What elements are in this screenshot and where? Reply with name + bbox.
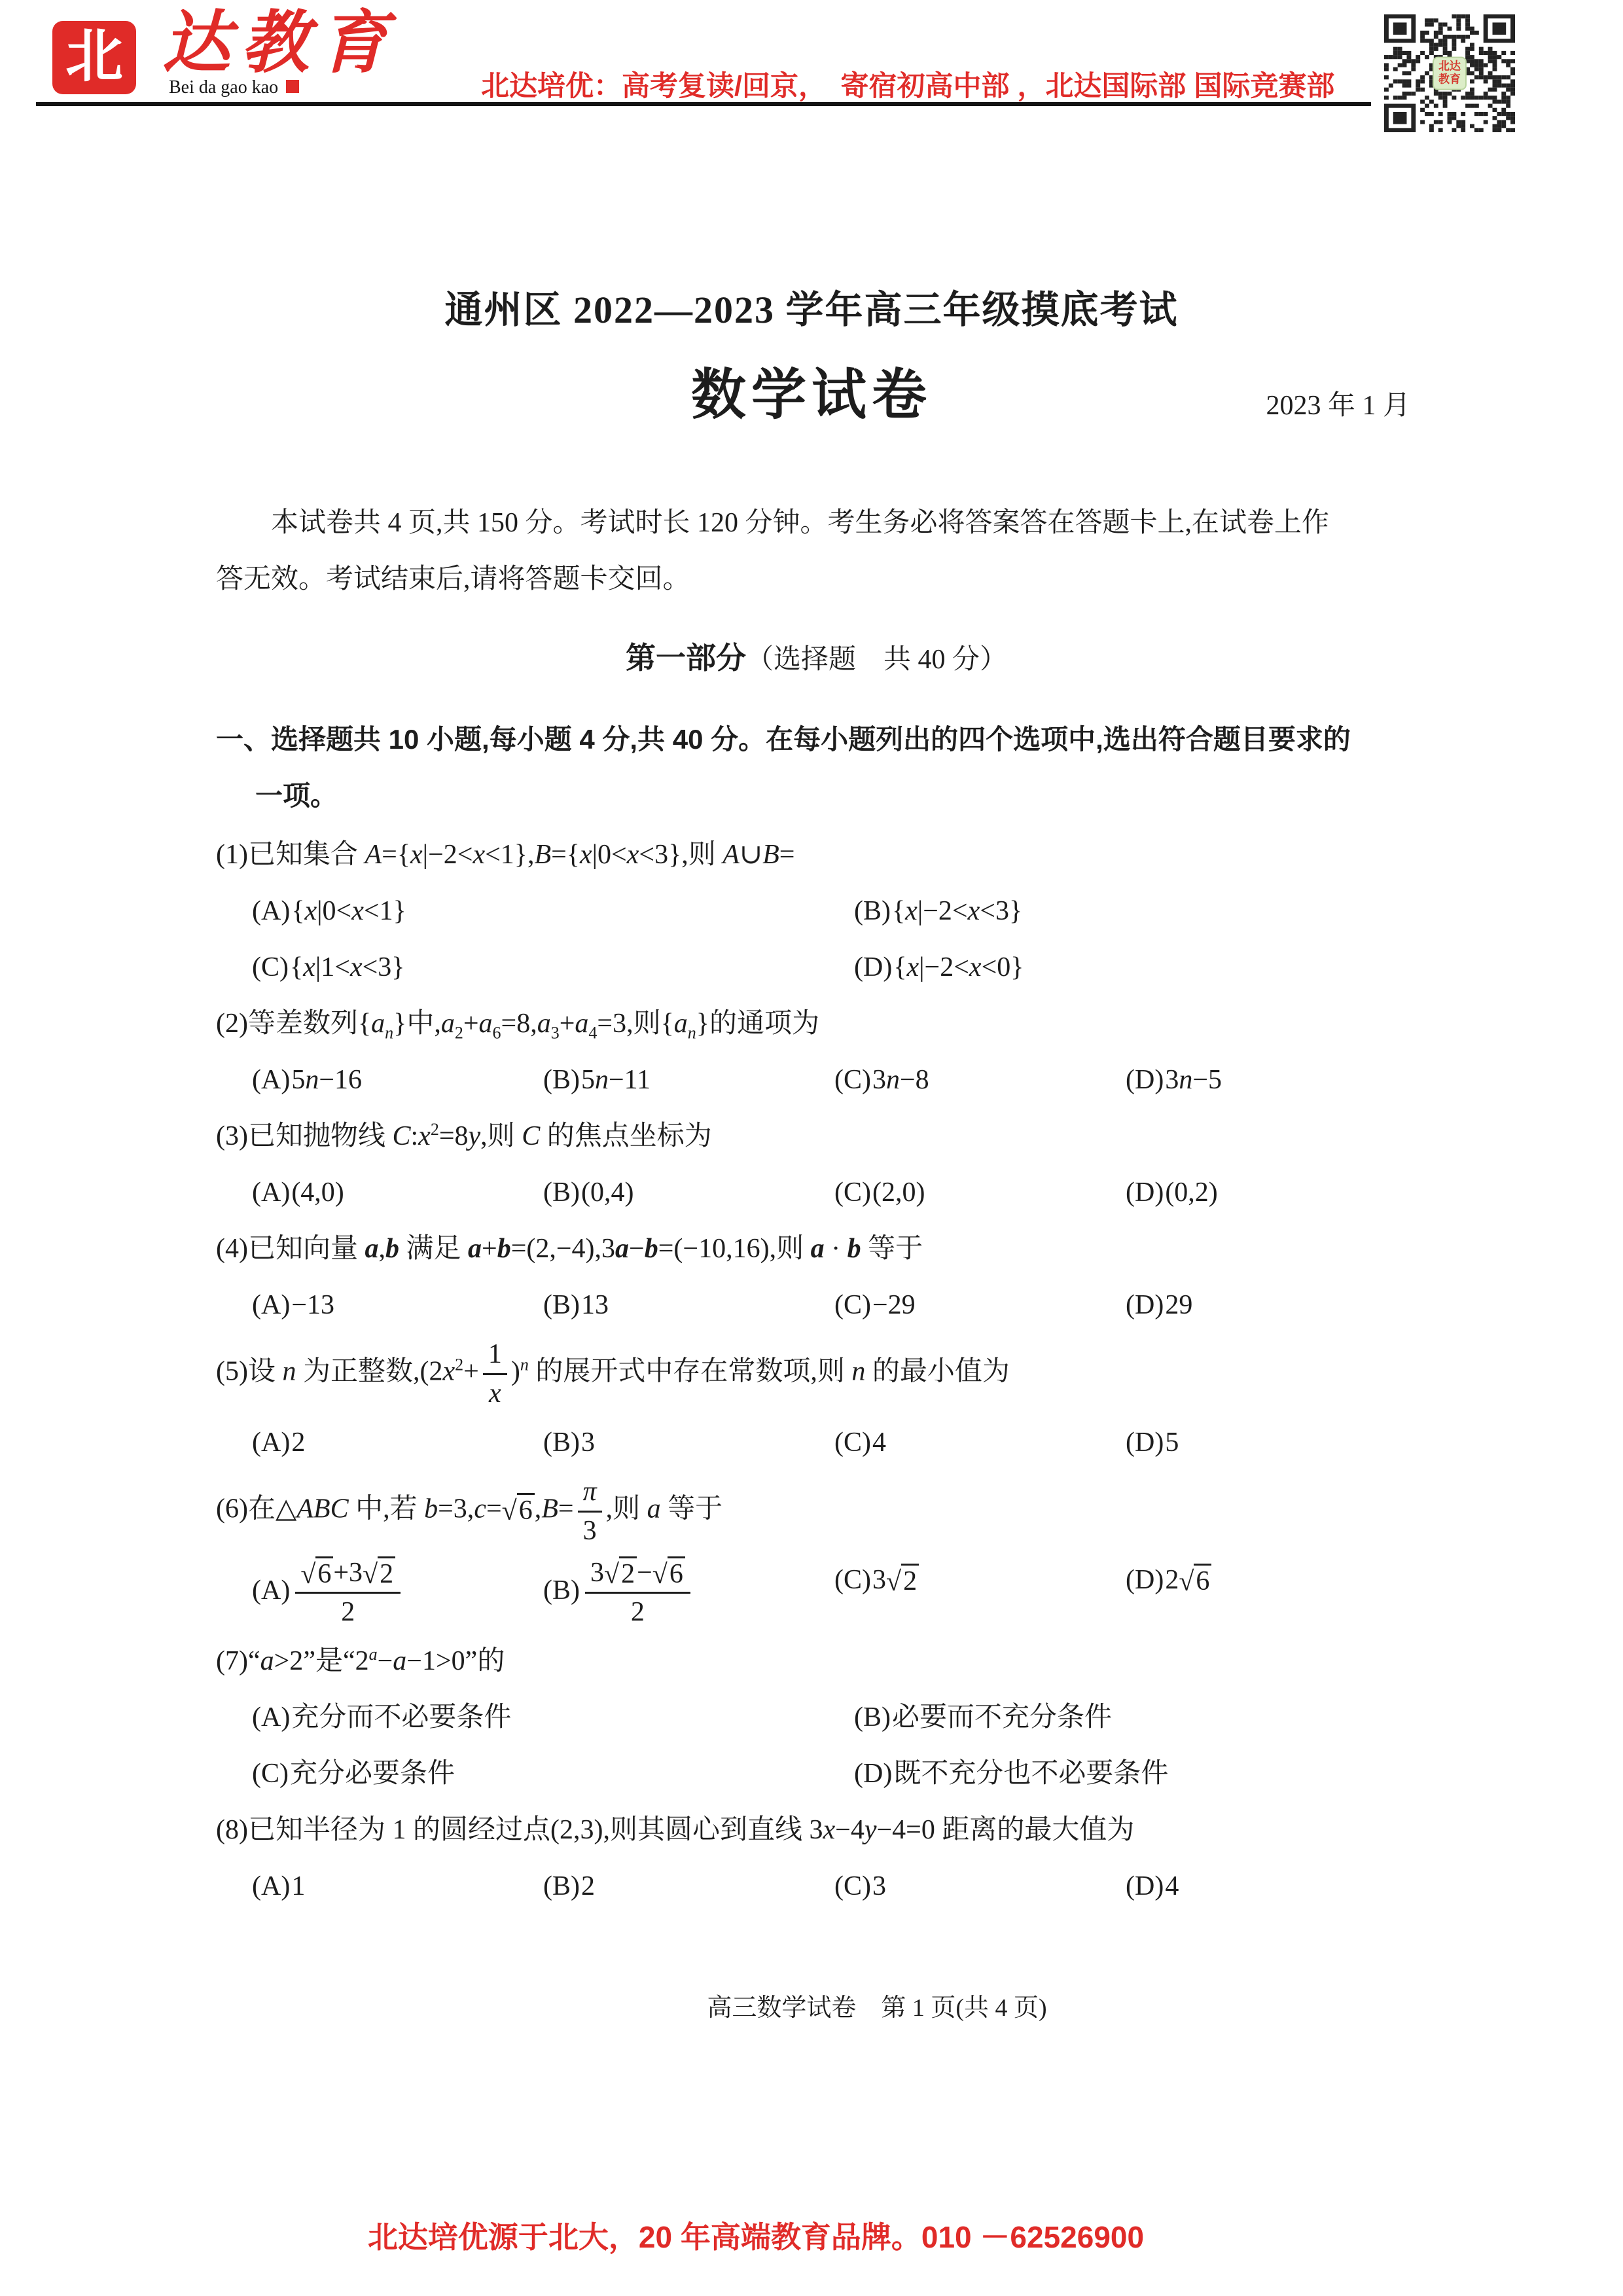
option-label: (A) bbox=[252, 1177, 290, 1208]
math-run: ={ bbox=[382, 840, 410, 870]
sqrt-expression: √6 bbox=[1179, 1564, 1211, 1597]
text-run: 充分而不必要条件 bbox=[291, 1702, 511, 1732]
math-run: (0,4) bbox=[581, 1177, 633, 1208]
vector-variable: b bbox=[847, 1234, 861, 1264]
math-variable: B bbox=[541, 1494, 558, 1524]
text-run: 等于 bbox=[861, 1234, 923, 1264]
math-run: , bbox=[535, 1494, 542, 1524]
math-run: 2 bbox=[581, 1871, 595, 1901]
choice-directions: 一、选择题共 10 小题,每小题 4 分,共 40 分。在每小题列出的四个选项中… bbox=[216, 711, 1417, 824]
math-run: 1 bbox=[488, 1339, 502, 1369]
math-variable: x bbox=[443, 1357, 455, 1387]
logo-romanization: Bei da gao kao bbox=[169, 77, 299, 98]
sqrt-expression: √6 bbox=[502, 1493, 535, 1526]
math-run: |0< bbox=[592, 840, 627, 870]
text-run: 的通项为 bbox=[709, 1009, 819, 1039]
math-run: 2 bbox=[341, 1597, 355, 1627]
question-stem: (2)等差数列{an}中,a2+a6=8,a3+a4=3,则{an}的通项为 bbox=[216, 996, 1417, 1052]
math-run: 3 bbox=[583, 1516, 597, 1546]
vector-variable: a bbox=[811, 1234, 825, 1264]
vector-variable: a bbox=[615, 1234, 629, 1264]
qr-label-line2: 教育 bbox=[1438, 73, 1461, 86]
math-run: 3 bbox=[872, 1065, 886, 1095]
subscript: n bbox=[385, 1023, 393, 1042]
text-run: 必要而不充分条件 bbox=[892, 1702, 1112, 1732]
question-options: (A)−13(B)13(C)−29(D)29 bbox=[216, 1277, 1417, 1333]
superscript: a bbox=[369, 1645, 378, 1664]
exam-instructions: 本试卷共 4 页,共 150 分。考试时长 120 分钟。考生务必将答案答在答题… bbox=[216, 495, 1417, 607]
math-run: −16 bbox=[319, 1065, 362, 1095]
exam-page: 北 达教育 Bei da gao kao 北达培优：高考复读/回京， 寄宿初高中… bbox=[0, 0, 1623, 2296]
math-variable: x bbox=[906, 952, 919, 982]
logo-seal-char: 北 bbox=[65, 29, 123, 86]
option-D: (D){x|−2<x<0} bbox=[854, 939, 1417, 996]
math-run: (2,0) bbox=[872, 1177, 925, 1208]
math-variable: n bbox=[282, 1357, 296, 1387]
math-variable: y bbox=[865, 1815, 877, 1845]
math-run: 5 bbox=[581, 1065, 595, 1095]
text-run: ,则其圆心到直线 bbox=[603, 1815, 809, 1845]
math-variable: x bbox=[410, 840, 423, 870]
math-variable: x bbox=[489, 1378, 501, 1408]
math-run: −29 bbox=[872, 1290, 916, 1320]
math-variable: n bbox=[595, 1065, 609, 1095]
radical-icon: √ bbox=[886, 1566, 901, 1598]
math-run: ∪ bbox=[740, 840, 762, 870]
option-C: (C)(2,0) bbox=[834, 1164, 1126, 1221]
sqrt-expression: √2 bbox=[886, 1564, 919, 1597]
math-run: −13 bbox=[291, 1290, 334, 1320]
fraction: π3 bbox=[578, 1475, 602, 1548]
text-run: 的展开式中存在常数项,则 bbox=[529, 1357, 852, 1387]
math-run: |1< bbox=[315, 952, 350, 982]
option-A: (A){x|0<x<1} bbox=[252, 883, 854, 939]
math-variable: y bbox=[469, 1121, 481, 1151]
math-run: 2 bbox=[380, 1559, 393, 1589]
radical-icon: √ bbox=[363, 1559, 378, 1590]
option-label: (D) bbox=[1126, 1427, 1164, 1458]
math-variable: π bbox=[583, 1477, 597, 1507]
math-run: + bbox=[463, 1357, 479, 1387]
logo-red-square-icon bbox=[286, 80, 299, 93]
section-heading: 第一部分（选择题 共 40 分） bbox=[216, 630, 1417, 688]
math-run: { bbox=[893, 952, 906, 982]
text-run: (5)设 bbox=[216, 1357, 282, 1387]
question-options: (A)(4,0)(B)(0,4)(C)(2,0)(D)(0,2) bbox=[216, 1164, 1417, 1221]
text-run: 的最小值为 bbox=[865, 1357, 1010, 1387]
option-label: (B) bbox=[854, 896, 891, 926]
option-label: (A) bbox=[252, 1065, 290, 1095]
question-options: (A)5n−16(B)5n−11(C)3n−8(D)3n−5 bbox=[216, 1052, 1417, 1108]
option-label: (D) bbox=[1126, 1065, 1164, 1095]
text-run: (4)已知向量 bbox=[216, 1234, 365, 1264]
math-run: (0,2) bbox=[1165, 1177, 1217, 1208]
text-run: 既不充分也不必要条件 bbox=[893, 1759, 1168, 1789]
option-B: (B)(0,4) bbox=[543, 1164, 834, 1221]
question-2: (2)等差数列{an}中,a2+a6=8,a3+a4=3,则{an}的通项为(A… bbox=[216, 996, 1417, 1108]
math-run: <1}, bbox=[485, 840, 534, 870]
math-run: +3 bbox=[333, 1558, 363, 1588]
option-B: (B)必要而不充分条件 bbox=[854, 1689, 1417, 1746]
question-1: (1)已知集合 A={x|−2<x<1},B={x|0<x<3},则 A∪B=(… bbox=[216, 827, 1417, 996]
option-B: (B)2 bbox=[543, 1858, 834, 1914]
math-variable: x bbox=[823, 1815, 835, 1845]
math-run: 3 bbox=[590, 1558, 604, 1588]
math-run: − bbox=[629, 1234, 645, 1264]
math-run: · bbox=[825, 1234, 847, 1264]
exam-date: 2023 年 1 月 bbox=[1266, 384, 1410, 423]
option-label: (A) bbox=[252, 896, 290, 926]
math-run: 3 bbox=[581, 1427, 595, 1458]
math-variable: x bbox=[303, 952, 315, 982]
question-options: (A){x|0<x<1}(B){x|−2<x<3}(C){x|1<x<3}(D)… bbox=[216, 883, 1417, 996]
option-label: (D) bbox=[1126, 1177, 1164, 1208]
logo-seal: 北 bbox=[52, 21, 136, 94]
option-C: (C)−29 bbox=[834, 1277, 1126, 1333]
math-run: 1 bbox=[291, 1871, 305, 1901]
option-D: (D)3n−5 bbox=[1126, 1052, 1417, 1108]
math-run: 2 bbox=[1165, 1565, 1179, 1595]
fraction: 3√2−√62 bbox=[585, 1556, 690, 1629]
math-run: <3} bbox=[363, 952, 405, 982]
math-run: 3 bbox=[872, 1871, 886, 1901]
vector-variable: b bbox=[385, 1234, 399, 1264]
math-variable: B bbox=[534, 840, 551, 870]
radical-icon: √ bbox=[604, 1559, 619, 1590]
subscript: 2 bbox=[455, 1023, 463, 1042]
math-variable: x bbox=[969, 952, 982, 982]
option-label: (A) bbox=[252, 1290, 290, 1320]
option-A: (A)2 bbox=[252, 1414, 543, 1471]
option-label: (C) bbox=[834, 1871, 871, 1901]
math-run: |−2< bbox=[919, 952, 969, 982]
math-run: 3 bbox=[872, 1565, 886, 1595]
option-B: (B)13 bbox=[543, 1277, 834, 1333]
text-run: ”的 bbox=[465, 1646, 505, 1676]
math-variable: a bbox=[371, 1009, 385, 1039]
math-run: −4 bbox=[835, 1815, 865, 1845]
math-run: 2 bbox=[903, 1566, 917, 1596]
option-D: (D)(0,2) bbox=[1126, 1164, 1417, 1221]
math-run: >2 bbox=[274, 1646, 304, 1676]
math-run: 4 bbox=[1165, 1871, 1179, 1901]
subscript: 4 bbox=[588, 1023, 597, 1042]
option-label: (C) bbox=[834, 1565, 871, 1595]
question-stem: (5)设 n 为正整数,(2x2+1x)n 的展开式中存在常数项,则 n 的最小… bbox=[216, 1333, 1417, 1414]
option-A: (A)充分而不必要条件 bbox=[252, 1689, 854, 1746]
math-run: 2 bbox=[355, 1646, 369, 1676]
brand-header: 北 达教育 Bei da gao kao 北达培优：高考复读/回京， 寄宿初高中… bbox=[0, 0, 1623, 111]
subscript: 6 bbox=[493, 1023, 501, 1042]
math-variable: x bbox=[968, 896, 980, 926]
option-C: (C)充分必要条件 bbox=[252, 1746, 854, 1802]
option-D: (D)2√6 bbox=[1126, 1552, 1417, 1633]
question-options: (A)充分而不必要条件(B)必要而不充分条件(C)充分必要条件(D)既不充分也不… bbox=[216, 1689, 1417, 1802]
option-label: (D) bbox=[854, 952, 892, 982]
paper-content: 本试卷共 4 页,共 150 分。考试时长 120 分钟。考生务必将答案答在答题… bbox=[216, 495, 1417, 1914]
text-run: 则 bbox=[688, 840, 723, 870]
directions-line-1: 一、选择题共 10 小题,每小题 4 分,共 40 分。在每小题列出的四个选项中… bbox=[216, 711, 1417, 768]
header-divider bbox=[36, 102, 1371, 106]
option-D: (D)29 bbox=[1126, 1277, 1417, 1333]
option-D: (D)4 bbox=[1126, 1858, 1417, 1914]
math-run: 3 bbox=[809, 1815, 823, 1845]
math-variable: x bbox=[304, 896, 317, 926]
text-run: (2)等差数列 bbox=[216, 1009, 358, 1039]
fraction-numerator: √6+3√2 bbox=[295, 1556, 401, 1592]
math-run: 6 bbox=[519, 1496, 533, 1526]
header-slogan: 北达培优：高考复读/回京， 寄宿初高中部 ，北达国际部 国际竞赛部 bbox=[481, 64, 1334, 104]
option-label: (B) bbox=[854, 1702, 891, 1732]
math-run: 2 bbox=[631, 1597, 645, 1627]
text-run: 中,若 bbox=[349, 1494, 425, 1524]
question-stem: (1)已知集合 A={x|−2<x<1},B={x|0<x<3},则 A∪B= bbox=[216, 827, 1417, 883]
page-footer: 高三数学试卷 第 1 页(共 4 页) bbox=[0, 1987, 1623, 2023]
math-variable: a bbox=[479, 1009, 493, 1039]
fraction: 1x bbox=[483, 1337, 507, 1410]
math-run: 3 bbox=[1165, 1065, 1179, 1095]
math-variable: n bbox=[851, 1357, 865, 1387]
math-run: <1} bbox=[364, 896, 406, 926]
fraction-numerator: π bbox=[578, 1475, 602, 1511]
fraction-denominator: x bbox=[483, 1373, 507, 1411]
math-run: = bbox=[779, 840, 795, 870]
math-variable: x bbox=[418, 1121, 431, 1151]
option-D: (D)既不充分也不必要条件 bbox=[854, 1746, 1417, 1802]
math-variable: x bbox=[473, 840, 485, 870]
math-variable: a bbox=[647, 1494, 661, 1524]
logo-roman-text: Bei da gao kao bbox=[169, 77, 278, 98]
option-C: (C)3n−8 bbox=[834, 1052, 1126, 1108]
subscript: 3 bbox=[551, 1023, 560, 1042]
text-run: (3)已知抛物线 bbox=[216, 1121, 392, 1151]
logo-script-text: 达教育 bbox=[162, 7, 398, 81]
option-label: (C) bbox=[252, 1759, 289, 1789]
option-label: (C) bbox=[834, 1177, 871, 1208]
option-label: (B) bbox=[543, 1575, 580, 1605]
math-run: = bbox=[486, 1494, 502, 1524]
math-run: 4 bbox=[872, 1427, 886, 1458]
question-4: (4)已知向量 a,b 满足 a+b=(2,−4),3a−b=(−10,16),… bbox=[216, 1221, 1417, 1333]
math-run: −5 bbox=[1192, 1065, 1222, 1095]
text-run: ,则 bbox=[480, 1121, 522, 1151]
math-run: =3, bbox=[438, 1494, 474, 1524]
question-options: (A)1(B)2(C)3(D)4 bbox=[216, 1858, 1417, 1914]
option-label: (C) bbox=[834, 1427, 871, 1458]
brand-footer: 北达培优源于北大，20 年高端教育品牌。010 －62526900 bbox=[0, 2214, 1623, 2257]
math-run: { bbox=[661, 1009, 674, 1039]
option-D: (D)5 bbox=[1126, 1414, 1417, 1471]
math-run: −1>0 bbox=[406, 1646, 465, 1676]
vector-variable: b bbox=[645, 1234, 658, 1264]
option-label: (D) bbox=[854, 1759, 892, 1789]
text-run: 等于 bbox=[661, 1494, 723, 1524]
exam-title: 通州区 2022—2023 学年高三年级摸底考试 bbox=[0, 279, 1623, 334]
question-6: (6)在△ABC 中,若 b=3,c=√6,B=π3,则 a 等于(A)√6+3… bbox=[216, 1471, 1417, 1633]
question-stem: (6)在△ABC 中,若 b=3,c=√6,B=π3,则 a 等于 bbox=[216, 1471, 1417, 1552]
directions-line-2: 一项。 bbox=[216, 768, 1417, 824]
math-run: ={ bbox=[551, 840, 580, 870]
math-run: { bbox=[358, 1009, 371, 1039]
math-variable: c bbox=[474, 1494, 486, 1524]
math-run: |−2< bbox=[918, 896, 968, 926]
option-C: (C)4 bbox=[834, 1414, 1126, 1471]
option-label: (B) bbox=[543, 1177, 580, 1208]
option-label: (C) bbox=[834, 1290, 871, 1320]
question-stem: (3)已知抛物线 C:x2=8y,则 C 的焦点坐标为 bbox=[216, 1108, 1417, 1164]
question-7: (7)“a>2”是“2a−a−1>0”的(A)充分而不必要条件(B)必要而不充分… bbox=[216, 1633, 1417, 1802]
math-run: =(−10,16), bbox=[658, 1234, 776, 1264]
question-3: (3)已知抛物线 C:x2=8y,则 C 的焦点坐标为(A)(4,0)(B)(0… bbox=[216, 1108, 1417, 1221]
option-A: (A)(4,0) bbox=[252, 1164, 543, 1221]
text-run: ,则 bbox=[606, 1494, 647, 1524]
math-run: |−2< bbox=[423, 840, 473, 870]
math-run: −11 bbox=[609, 1065, 651, 1095]
fraction-numerator: 1 bbox=[483, 1337, 507, 1373]
option-C: (C){x|1<x<3} bbox=[252, 939, 854, 996]
math-run: 2 bbox=[291, 1427, 305, 1458]
option-A: (A)−13 bbox=[252, 1277, 543, 1333]
sqrt-expression: √2 bbox=[604, 1556, 637, 1590]
math-variable: x bbox=[905, 896, 918, 926]
option-A: (A)√6+3√22 bbox=[252, 1552, 543, 1633]
option-label: (D) bbox=[1126, 1565, 1164, 1595]
fraction: √6+3√22 bbox=[295, 1556, 401, 1629]
math-run: 2 bbox=[621, 1559, 635, 1589]
math-run: ) bbox=[511, 1357, 520, 1387]
instructions-line-1: 本试卷共 4 页,共 150 分。考试时长 120 分钟。考生务必将答案答在答题… bbox=[216, 495, 1417, 551]
option-B: (B){x|−2<x<3} bbox=[854, 883, 1417, 939]
math-run: + bbox=[463, 1009, 479, 1039]
math-run: =3, bbox=[597, 1009, 633, 1039]
option-C: (C)3 bbox=[834, 1858, 1126, 1914]
option-label: (C) bbox=[834, 1065, 871, 1095]
text-run: 满足 bbox=[399, 1234, 468, 1264]
option-label: (A) bbox=[252, 1702, 290, 1732]
option-label: (D) bbox=[1126, 1290, 1164, 1320]
option-label: (A) bbox=[252, 1575, 290, 1605]
option-label: (B) bbox=[543, 1065, 580, 1095]
math-variable: n bbox=[305, 1065, 319, 1095]
math-variable: C bbox=[522, 1121, 540, 1151]
qr-center-label: 北达 教育 bbox=[1433, 57, 1467, 90]
option-C: (C)3√2 bbox=[834, 1552, 1126, 1633]
option-A: (A)5n−16 bbox=[252, 1052, 543, 1108]
math-run: + bbox=[560, 1009, 575, 1039]
math-run: <0} bbox=[982, 952, 1024, 982]
text-run: 距离的最大值为 bbox=[935, 1815, 1135, 1845]
text-run: (6)在△ bbox=[216, 1494, 296, 1524]
math-run: (2 bbox=[420, 1357, 443, 1387]
math-variable: b bbox=[424, 1494, 438, 1524]
option-label: (C) bbox=[252, 952, 289, 982]
sqrt-expression: √6 bbox=[300, 1556, 333, 1590]
math-run: 13 bbox=[581, 1290, 609, 1320]
option-A: (A)1 bbox=[252, 1858, 543, 1914]
math-run: 5 bbox=[291, 1065, 305, 1095]
math-run: =8 bbox=[439, 1121, 469, 1151]
math-variable: a bbox=[575, 1009, 588, 1039]
math-run: =8, bbox=[501, 1009, 537, 1039]
qr-label-line1: 北达 bbox=[1438, 60, 1461, 73]
option-B: (B)3 bbox=[543, 1414, 834, 1471]
radical-icon: √ bbox=[300, 1559, 315, 1590]
math-run: 6 bbox=[669, 1559, 683, 1589]
math-variable: x bbox=[351, 896, 364, 926]
text-run: 则 bbox=[633, 1009, 661, 1039]
math-variable: B bbox=[762, 840, 779, 870]
vector-variable: a bbox=[468, 1234, 482, 1264]
math-variable: A bbox=[722, 840, 740, 870]
math-run: 6 bbox=[317, 1559, 331, 1589]
math-run: −8 bbox=[900, 1065, 929, 1095]
question-stem: (4)已知向量 a,b 满足 a+b=(2,−4),3a−b=(−10,16),… bbox=[216, 1221, 1417, 1277]
fraction-numerator: 3√2−√6 bbox=[585, 1556, 690, 1592]
math-run: : bbox=[411, 1121, 419, 1151]
question-5: (5)设 n 为正整数,(2x2+1x)n 的展开式中存在常数项,则 n 的最小… bbox=[216, 1333, 1417, 1471]
text-run: (1)已知集合 bbox=[216, 840, 365, 870]
math-run: , bbox=[378, 1234, 385, 1264]
math-variable: a bbox=[441, 1009, 455, 1039]
math-run: 5 bbox=[1165, 1427, 1179, 1458]
radical-icon: √ bbox=[652, 1559, 668, 1590]
question-options: (A)2(B)3(C)4(D)5 bbox=[216, 1414, 1417, 1471]
math-run: (4,0) bbox=[291, 1177, 344, 1208]
option-label: (B) bbox=[543, 1290, 580, 1320]
text-run: (8)已知半径为 1 的圆经过点 bbox=[216, 1815, 550, 1845]
math-run: − bbox=[378, 1646, 393, 1676]
superscript: 2 bbox=[455, 1355, 463, 1374]
instructions-line-2: 答无效。考试结束后,请将答题卡交回。 bbox=[216, 551, 1417, 607]
question-list: (1)已知集合 A={x|−2<x<1},B={x|0<x<3},则 A∪B=(… bbox=[216, 827, 1417, 1914]
math-run: <3} bbox=[980, 896, 1022, 926]
math-variable: A bbox=[365, 840, 382, 870]
question-stem: (7)“a>2”是“2a−a−1>0”的 bbox=[216, 1633, 1417, 1689]
question-8: (8)已知半径为 1 的圆经过点(2,3),则其圆心到直线 3x−4y−4=0 … bbox=[216, 1802, 1417, 1914]
qr-code: 北达 教育 bbox=[1384, 14, 1515, 132]
math-run: + bbox=[482, 1234, 497, 1264]
math-variable: a bbox=[674, 1009, 688, 1039]
math-variable: x bbox=[627, 840, 639, 870]
math-run: 6 bbox=[1196, 1566, 1209, 1596]
math-variable: n bbox=[1179, 1065, 1192, 1095]
question-stem: (8)已知半径为 1 的圆经过点(2,3),则其圆心到直线 3x−4y−4=0 … bbox=[216, 1802, 1417, 1858]
math-variable: n bbox=[886, 1065, 900, 1095]
sqrt-expression: √6 bbox=[652, 1556, 685, 1590]
radical-icon: √ bbox=[1179, 1566, 1194, 1598]
option-label: (D) bbox=[1126, 1871, 1164, 1901]
math-run: { bbox=[892, 896, 905, 926]
fraction-denominator: 2 bbox=[585, 1592, 690, 1630]
section-part-note: （选择题 共 40 分） bbox=[746, 645, 1007, 675]
math-run: −4=0 bbox=[876, 1815, 935, 1845]
math-run: (2,3) bbox=[550, 1815, 603, 1845]
subscript: n bbox=[688, 1023, 696, 1042]
vector-variable: a bbox=[365, 1234, 378, 1264]
math-run: = bbox=[558, 1494, 574, 1524]
text-run: 则 bbox=[776, 1234, 811, 1264]
math-run: <3}, bbox=[639, 840, 688, 870]
text-run: (7)“ bbox=[216, 1646, 260, 1676]
option-label: (A) bbox=[252, 1871, 290, 1901]
math-variable: a bbox=[537, 1009, 551, 1039]
text-run: 为正整数, bbox=[296, 1357, 419, 1387]
option-B: (B)3√2−√62 bbox=[543, 1552, 834, 1633]
text-run: ”是“ bbox=[303, 1646, 355, 1676]
option-label: (A) bbox=[252, 1427, 290, 1458]
option-label: (B) bbox=[543, 1871, 580, 1901]
math-run: } bbox=[393, 1009, 406, 1039]
